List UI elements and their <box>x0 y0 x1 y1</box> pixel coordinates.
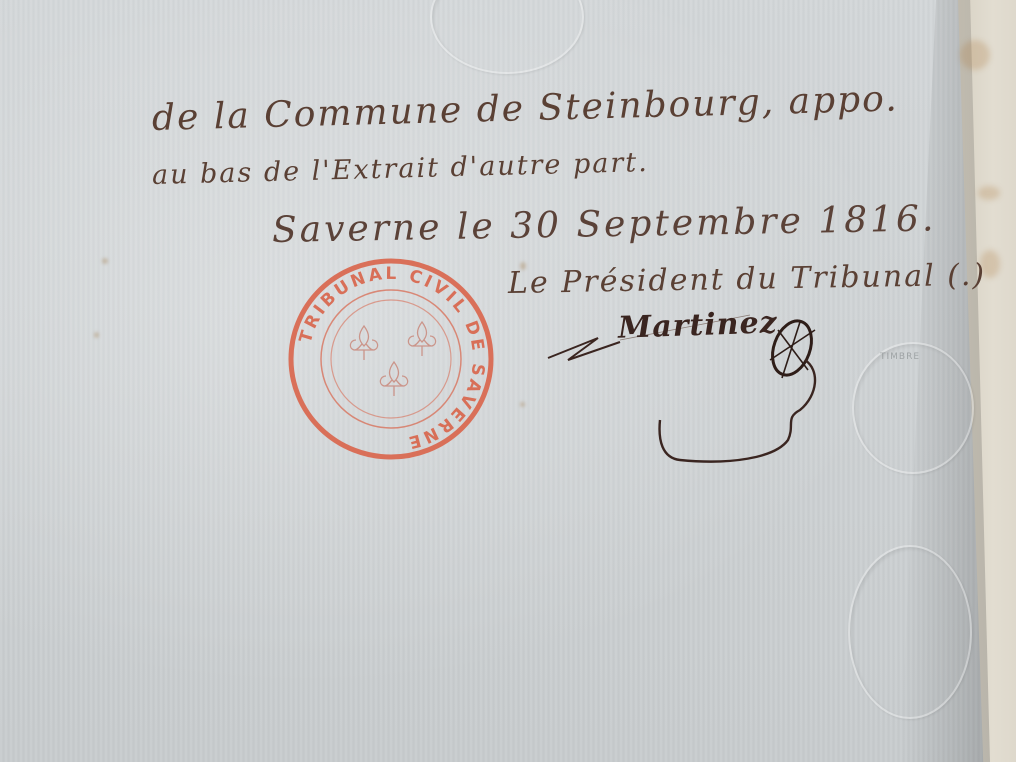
embossed-seal-text: TIMBRE <box>880 352 920 362</box>
svg-text:TRIBUNAL CIVIL DE SAVERNE: TRIBUNAL CIVIL DE SAVERNE <box>296 264 488 453</box>
embossed-seal <box>848 545 972 719</box>
edge-stain <box>978 186 1000 200</box>
signature: Martinez <box>617 305 778 346</box>
embossed-seal: TIMBRE <box>852 342 974 474</box>
tribunal-stamp: TRIBUNAL CIVIL DE SAVERNE <box>286 256 496 462</box>
foxing-spot <box>102 258 108 264</box>
foxing-spot <box>520 402 525 407</box>
stamp-text: TRIBUNAL CIVIL DE SAVERNE <box>296 264 488 453</box>
edge-stain <box>960 40 990 70</box>
document-photo: TIMBRE de la Commune de Steinbourg, appo… <box>0 0 1016 762</box>
fleur-de-lis-icon <box>350 322 435 396</box>
foxing-spot <box>94 332 99 338</box>
